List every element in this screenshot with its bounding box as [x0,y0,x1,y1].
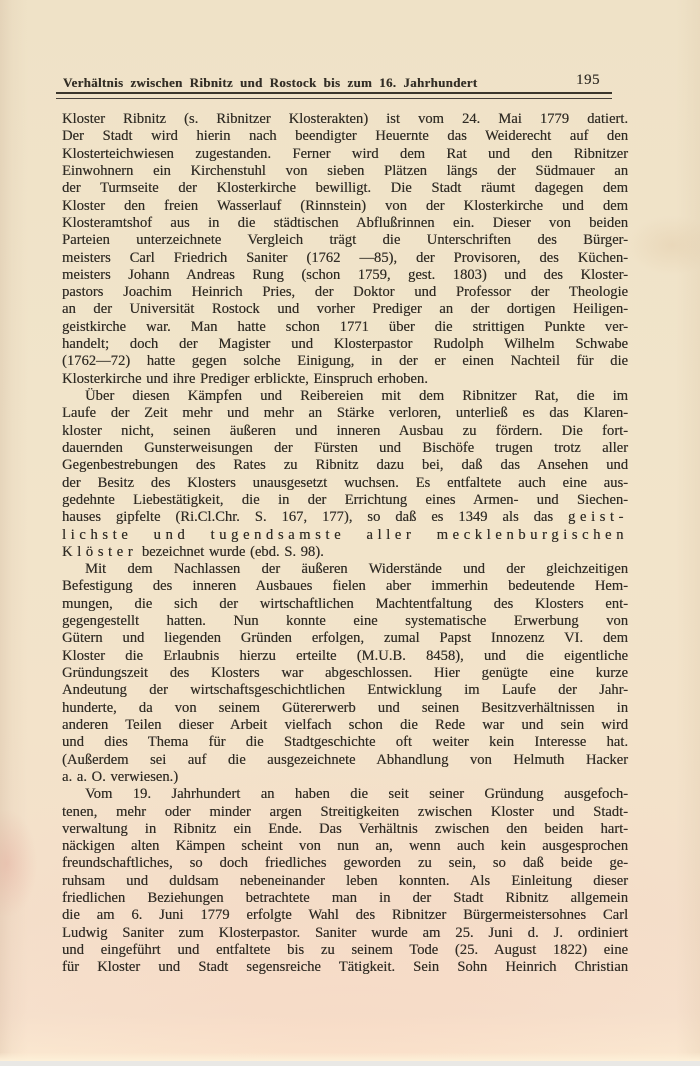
text-line: anderen Teilen dieser Arbeit vielfach sc… [62,717,628,734]
text-line: geistkirche war. Man hatte schon 1771 üb… [62,319,628,336]
text-line: ruhsam und duldsam nebeneinander leben k… [62,873,628,890]
text-segment: bezeichnet wurde (ebd. S. 98). [137,544,324,560]
text-segment: handelt; doch der Magister und Klosterpa… [62,336,628,352]
scan-edge-bottom-strip [0,1061,700,1066]
page-number: 195 [576,72,600,89]
text-segment: mungen, die sich der wirtschaftlichen Ma… [62,596,628,612]
text-line: pastors Joachim Heinrich Pries, der Dokt… [62,284,628,301]
text-line: gedehnte Liebestätigkeit, die in der Err… [62,492,628,509]
text-segment: gegengestellt hatten. Nun konnte eine sy… [62,613,628,629]
text-line: hauses gipfelte (Ri.Cl.Chr. S. 167, 177)… [62,509,628,526]
text-segment: freundschaftliches, so doch friedliches … [62,855,628,871]
text-line: der Besitz des Klosters unausgesetzt wuc… [62,475,628,492]
text-segment: Vom 19. Jahrhundert an haben die seit se… [85,786,628,802]
text-segment: (1762—72) hatte gegen solche Einigung, i… [62,353,628,369]
text-line: meisters Johann Andreas Rung (schon 1759… [62,267,628,284]
text-segment: Andeutung der wirtschaftsgeschichtlichen… [62,682,628,698]
text-segment: an der Universität Rostock und vorher Pr… [62,301,628,317]
text-segment: Kloster Ribnitz (s. Ribnitzer Klosterakt… [62,111,628,127]
paragraph: Mit dem Nachlassen der äußeren Widerstän… [62,561,628,786]
text-segment: Mit dem Nachlassen der äußeren Widerstän… [85,561,628,577]
text-line: Gründungszeit des Klosters war abgeschlo… [62,665,628,682]
text-line: a. a. O. verwiesen.) [62,769,628,786]
text-segment: Der Stadt wird hierin nach beendigter He… [62,128,628,144]
running-header-title: Verhältnis zwischen Ribnitz und Rostock … [63,75,477,90]
text-segment: Befestigung des inneren Ausbaues fielen … [62,578,628,594]
text-segment: Laufe der Zeit mehr und mehr an Stärke v… [62,405,628,421]
letterspaced-text: lichste und tugendsamste aller mecklenbu… [62,527,628,543]
text-segment: und eingeführt und entfaltete bis zu sei… [62,942,628,958]
text-segment: für Kloster und Stadt segensreiche Tätig… [62,959,628,975]
text-line: friedlichen Beziehungen betrachtete man … [62,890,628,907]
text-line: freundschaftliches, so doch friedliches … [62,855,628,872]
text-line: und dies Thema für die Stadtgeschichte o… [62,734,628,751]
text-line: meisters Carl Friedrich Saniter (1762 —8… [62,250,628,267]
text-segment: friedlichen Beziehungen betrachtete man … [62,890,628,906]
text-segment: die am 6. Juni 1779 erfolgte Wahl des Ri… [62,907,628,923]
text-line: Klosteramtshof aus in die städtischen Ab… [62,215,628,232]
text-line: Vom 19. Jahrhundert an haben die seit se… [62,786,628,803]
text-line: Kloster Ribnitz (s. Ribnitzer Klosterakt… [62,111,628,128]
text-line: Klosterkirche und ihre Prediger erblickt… [62,371,628,388]
text-line: Der Stadt wird hierin nach beendigter He… [62,128,628,145]
text-segment: verwaltung in Ribnitz ein Ende. Das Verh… [62,821,628,837]
text-segment: Einwohnern ein Kirchenstuhl von sieben P… [62,163,628,179]
text-line: Kloster die Erlaubnis hierzu erteilte (M… [62,648,628,665]
text-line: (Außerdem sei auf die ausgezeichnete Abh… [62,752,628,769]
paragraph: Über diesen Kämpfen und Reibereien mit d… [62,388,628,561]
text-segment: und dies Thema für die Stadtgeschichte o… [62,734,628,750]
text-line: verwaltung in Ribnitz ein Ende. Das Verh… [62,821,628,838]
text-line: näckigen alten Kämpen scheint von nun an… [62,838,628,855]
text-line: handelt; doch der Magister und Klosterpa… [62,336,628,353]
letterspaced-text: Klöster [62,544,137,560]
letterspaced-text: geist- [568,509,628,525]
text-line: Ludwig Saniter zum Klosterpastor. Sanite… [62,925,628,942]
header-rule-thick [56,92,612,94]
header-rule-thin [56,98,612,99]
text-line: Laufe der Zeit mehr und mehr an Stärke v… [62,405,628,422]
text-line: Befestigung des inneren Ausbaues fielen … [62,578,628,595]
text-line: Einwohnern ein Kirchenstuhl von sieben P… [62,163,628,180]
text-line: Andeutung der wirtschaftsgeschichtlichen… [62,682,628,699]
text-segment: tenen, mehr oder minder argen Streitigke… [62,804,628,820]
text-segment: pastors Joachim Heinrich Pries, der Dokt… [62,284,628,300]
text-segment: geistkirche war. Man hatte schon 1771 üb… [62,319,628,335]
text-segment: (Außerdem sei auf die ausgezeichnete Abh… [62,752,628,768]
text-segment: der Turmseite der Klosterkirche bewillig… [62,180,628,196]
text-segment: Gründungszeit des Klosters war abgeschlo… [62,665,628,681]
text-line: kloster nicht, seinen äußeren und innere… [62,423,628,440]
text-segment: Kloster den freien Wasserlauf (Rinnstein… [62,198,628,214]
text-line: an der Universität Rostock und vorher Pr… [62,301,628,318]
text-line: Parteien unterzeichnete Vergleich trägt … [62,232,628,249]
text-segment: hauses gipfelte (Ri.Cl.Chr. S. 167, 177)… [62,509,568,525]
text-line: lichste und tugendsamste aller mecklenbu… [62,527,628,544]
text-line: und eingeführt und entfaltete bis zu sei… [62,942,628,959]
text-segment: Klosteramtshof aus in die städtischen Ab… [62,215,628,231]
text-segment: hunderte, da von seinem Gütererwerb und … [62,700,628,716]
scanned-book-page: Verhältnis zwischen Ribnitz und Rostock … [0,0,700,1066]
text-segment: gedehnte Liebestätigkeit, die in der Err… [62,492,628,508]
text-segment: der Besitz des Klosters unausgesetzt wuc… [62,475,628,491]
text-segment: Gütern und liegenden Gründen erfolgen, z… [62,630,628,646]
text-line: Über diesen Kämpfen und Reibereien mit d… [62,388,628,405]
text-segment: meisters Johann Andreas Rung (schon 1759… [62,267,628,283]
text-line: (1762—72) hatte gegen solche Einigung, i… [62,353,628,370]
scan-edge-warm-strip [0,1053,700,1061]
text-line: dauernden Gunsterweisungen der Fürsten u… [62,440,628,457]
text-line: Klöster bezeichnet wurde (ebd. S. 98). [62,544,628,561]
text-segment: meisters Carl Friedrich Saniter (1762 —8… [62,250,628,266]
body-text-block: Kloster Ribnitz (s. Ribnitzer Klosterakt… [62,111,628,977]
text-segment: ruhsam und duldsam nebeneinander leben k… [62,873,628,889]
text-segment: Gegenbestrebungen des Rates zu Ribnitz d… [62,457,628,473]
text-segment: Ludwig Saniter zum Klosterpastor. Sanite… [62,925,628,941]
text-segment: anderen Teilen dieser Arbeit vielfach sc… [62,717,628,733]
text-segment: Über diesen Kämpfen und Reibereien mit d… [85,388,628,404]
text-line: Klosterteichwiesen zugestanden. Ferner w… [62,146,628,163]
text-segment: kloster nicht, seinen äußeren und innere… [62,423,628,439]
text-segment: Klosterteichwiesen zugestanden. Ferner w… [62,146,628,162]
text-segment: näckigen alten Kämpen scheint von nun an… [62,838,628,854]
text-line: die am 6. Juni 1779 erfolgte Wahl des Ri… [62,907,628,924]
text-line: der Turmseite der Klosterkirche bewillig… [62,180,628,197]
paragraph: Kloster Ribnitz (s. Ribnitzer Klosterakt… [62,111,628,388]
text-line: mungen, die sich der wirtschaftlichen Ma… [62,596,628,613]
text-line: tenen, mehr oder minder argen Streitigke… [62,804,628,821]
text-segment: Kloster die Erlaubnis hierzu erteilte (M… [62,648,628,664]
text-line: Mit dem Nachlassen der äußeren Widerstän… [62,561,628,578]
text-line: hunderte, da von seinem Gütererwerb und … [62,700,628,717]
running-header: Verhältnis zwischen Ribnitz und Rostock … [63,74,612,92]
text-segment: a. a. O. verwiesen.) [62,769,178,785]
text-line: gegengestellt hatten. Nun konnte eine sy… [62,613,628,630]
text-segment: Parteien unterzeichnete Vergleich trägt … [62,232,628,248]
text-line: Gütern und liegenden Gründen erfolgen, z… [62,630,628,647]
text-line: Kloster den freien Wasserlauf (Rinnstein… [62,198,628,215]
text-segment: Klosterkirche und ihre Prediger erblickt… [62,371,428,387]
paragraph: Vom 19. Jahrhundert an haben die seit se… [62,786,628,976]
text-line: Gegenbestrebungen des Rates zu Ribnitz d… [62,457,628,474]
text-segment: dauernden Gunsterweisungen der Fürsten u… [62,440,628,456]
text-line: für Kloster und Stadt segensreiche Tätig… [62,959,628,976]
